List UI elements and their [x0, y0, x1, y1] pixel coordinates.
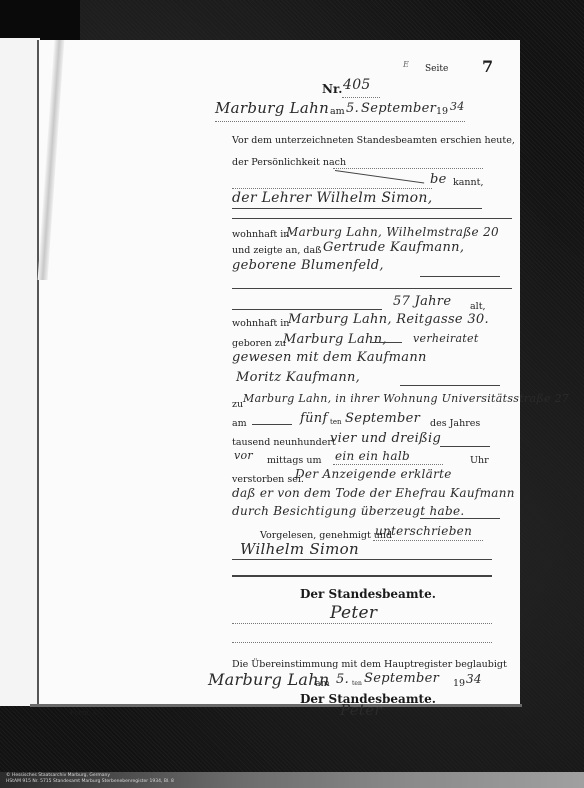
informant-line — [232, 208, 482, 209]
on-label: am — [232, 418, 247, 429]
intro-line-2-fill — [333, 168, 483, 169]
signed-word: unterschrieben — [375, 524, 472, 538]
page-label: Seite — [425, 64, 448, 74]
header-date-line — [215, 121, 465, 122]
spouse-line — [400, 385, 500, 386]
death-year-words: vier und dreißig — [330, 431, 441, 446]
birthplace-dash — [372, 342, 402, 343]
header-am: am — [330, 106, 345, 117]
header-day: 5. — [346, 101, 359, 116]
informant-signature-line — [232, 559, 492, 560]
residence-label: wohnhaft in — [232, 229, 289, 240]
on-dash — [252, 424, 292, 425]
informant-line-2 — [232, 218, 512, 219]
statement-line-2: daß er von dem Tode der Ehefrau Kaufmann — [232, 486, 515, 500]
certification-day-suffix: ten — [352, 680, 362, 687]
page-bottom-edge — [30, 704, 522, 707]
midday-label: mittags um — [267, 455, 321, 466]
time-line — [333, 464, 443, 465]
informant-name: der Lehrer Wilhelm Simon, — [232, 190, 432, 206]
certification-place: Marburg Lahn — [208, 670, 329, 689]
known-line — [232, 188, 432, 189]
year-words-line — [440, 446, 490, 447]
certification-am: am — [315, 678, 330, 689]
reported-label: und zeigte an, daß — [232, 245, 321, 256]
statement-line-1: Der Anzeigende erklärte — [295, 467, 452, 481]
thousand-label: tausend neunhundert — [232, 437, 336, 448]
certification-month: September — [364, 671, 439, 686]
certification-day: 5. — [336, 672, 349, 687]
entry-number-line — [342, 97, 380, 98]
deceased-name: Gertrude Kaufmann, — [323, 240, 464, 255]
scan-background-corner — [0, 0, 80, 40]
deceased-residence-label: wohnhaft in — [232, 318, 289, 329]
header-place: Marburg Lahn — [215, 99, 329, 117]
certification-signature: Peter — [340, 701, 382, 719]
death-day-suffix: ten — [330, 418, 341, 426]
header-month: September — [361, 101, 436, 116]
intro-line-2: der Persönlichkeit nach — [232, 157, 346, 168]
place-of-death: Marburg Lahn, in ihrer Wohnung Universit… — [243, 392, 569, 405]
year-label: des Jahres — [430, 418, 480, 429]
am-pm: vor — [234, 449, 253, 462]
death-day: fünf — [300, 411, 328, 426]
book-spine-line — [37, 40, 39, 705]
header-year-suffix: 34 — [450, 100, 465, 113]
place-of-death-label: zu — [232, 399, 243, 410]
certification-year-suffix: 34 — [466, 672, 482, 686]
deceased-residence: Marburg Lahn, Reitgasse 30. — [288, 312, 489, 327]
left-page-edge — [0, 38, 40, 706]
spouse-line-1: gewesen mit dem Kaufmann — [232, 350, 427, 365]
registrar-signature: Peter — [330, 603, 377, 623]
intro-line-1: Vor dem unterzeichneten Standesbeamten e… — [232, 135, 515, 146]
section-line-2 — [232, 575, 492, 577]
registrar-line-2 — [232, 642, 492, 643]
statement-line — [420, 518, 500, 519]
deceased-maiden-name: geborene Blumenfeld, — [232, 258, 384, 273]
certification-text: Die Übereinstimmung mit dem Hauptregiste… — [232, 659, 507, 670]
death-month: September — [345, 411, 420, 426]
uhr-label: Uhr — [470, 455, 489, 466]
time-of-death: ein ein halb — [335, 449, 410, 463]
margin-mark: E — [403, 60, 409, 69]
signed-line — [373, 540, 483, 541]
maiden-line — [420, 276, 500, 277]
informant-signature: Wilhelm Simon — [240, 540, 359, 558]
statement-line-3: durch Besichtigung überzeugt habe. — [232, 504, 464, 518]
marital-status: verheiratet — [413, 332, 479, 345]
spouse-line-2: Moritz Kaufmann, — [236, 370, 360, 385]
age-line — [232, 309, 382, 310]
entry-number-label: Nr. — [322, 82, 342, 96]
archive-caption-line-2: HStAM 915 Nr. 5715 Standesamt Marburg St… — [6, 779, 174, 785]
registrar-line-1 — [232, 623, 492, 624]
age-label: alt, — [470, 301, 486, 312]
header-year-prefix: 19 — [436, 106, 448, 117]
born-label: geboren zu — [232, 338, 286, 349]
birthplace: Marburg Lahn, — [283, 332, 387, 347]
form-label: Form. C². — [70, 709, 104, 717]
page-number: 7 — [482, 57, 493, 76]
certification-year-prefix: 19 — [453, 678, 465, 689]
died-label: verstorben sei. — [232, 474, 304, 485]
known-printed: kannt, — [453, 177, 484, 188]
known-handwritten: be — [430, 172, 447, 187]
informant-residence: Marburg Lahn, Wilhelmstraße 20 — [286, 225, 499, 239]
section-line-1 — [232, 288, 512, 289]
entry-number: 405 — [343, 77, 371, 93]
archive-caption: © Hessisches Staatsarchiv Marburg, Germa… — [6, 773, 174, 784]
age-value: 57 Jahre — [393, 294, 451, 309]
registrar-title: Der Standesbeamte. — [300, 587, 436, 601]
